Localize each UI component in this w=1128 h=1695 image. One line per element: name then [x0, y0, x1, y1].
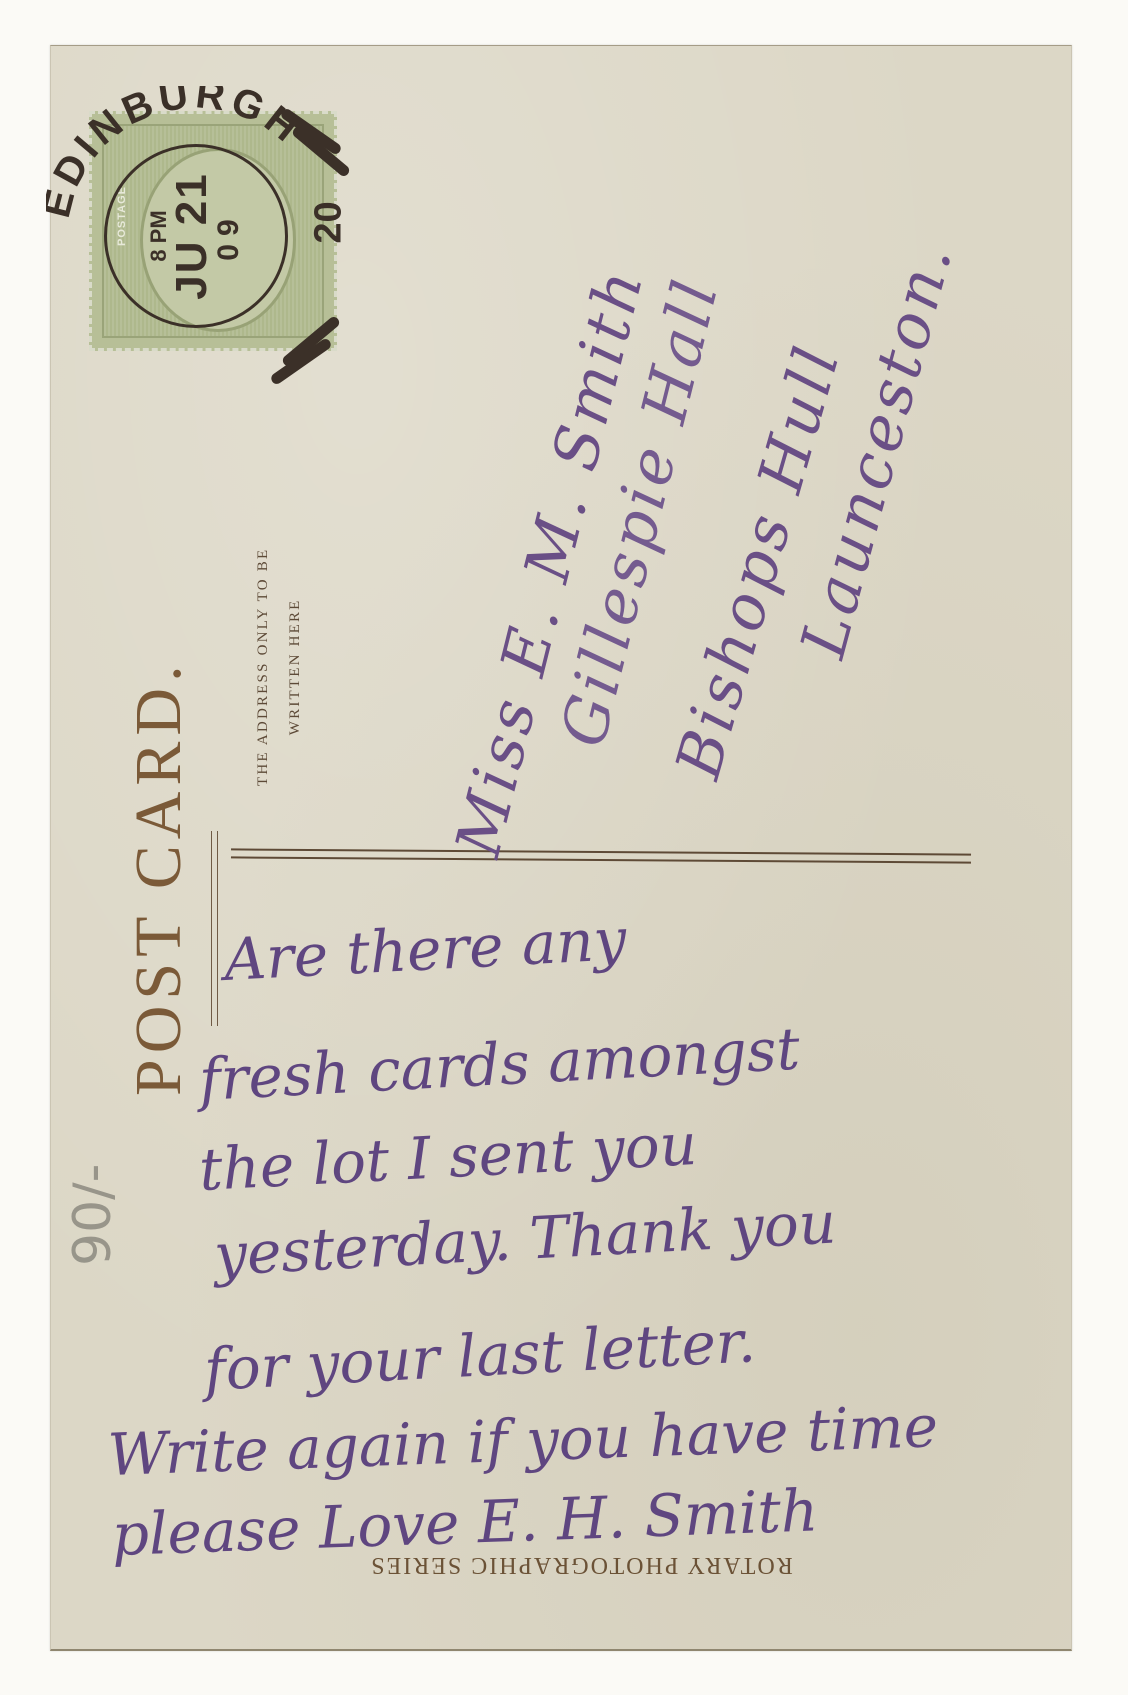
message-line-5: for your last letter. — [202, 1307, 757, 1404]
vertical-divider — [211, 831, 218, 1026]
postmark-month-day: JU 21 — [170, 172, 214, 299]
message-line-2: fresh cards amongst — [197, 1015, 801, 1114]
postmark-date: 8 PM JU 21 09 — [148, 172, 244, 299]
pencil-annotation: 90/- — [63, 1164, 123, 1266]
postcard-back: POSTAGE EDINBURGH 8 PM JU 21 09 20 POST … — [50, 45, 1072, 1651]
message-line-1: Are there any — [222, 905, 628, 994]
postcard-title: POST CARD. — [121, 659, 197, 1096]
message-line-6: Write again if you have time — [107, 1392, 939, 1489]
postmark-number: 20 — [308, 201, 351, 243]
address-instruction-line-1: THE ADDRESS ONLY TO BE — [247, 548, 279, 786]
message-line-4: yesterday. Thank you — [212, 1189, 837, 1289]
postmark: EDINBURGH 8 PM JU 21 09 20 — [46, 86, 346, 386]
message-line-3: the lot I sent you — [197, 1110, 698, 1204]
horizontal-divider — [231, 848, 971, 863]
postmark-year: 09 — [214, 172, 244, 299]
publisher-line: ROTARY PHOTOGRAPHIC SERIES — [321, 1551, 841, 1578]
address-instruction: THE ADDRESS ONLY TO BE WRITTEN HERE — [247, 548, 311, 786]
address-instruction-line-2: WRITTEN HERE — [279, 548, 311, 786]
